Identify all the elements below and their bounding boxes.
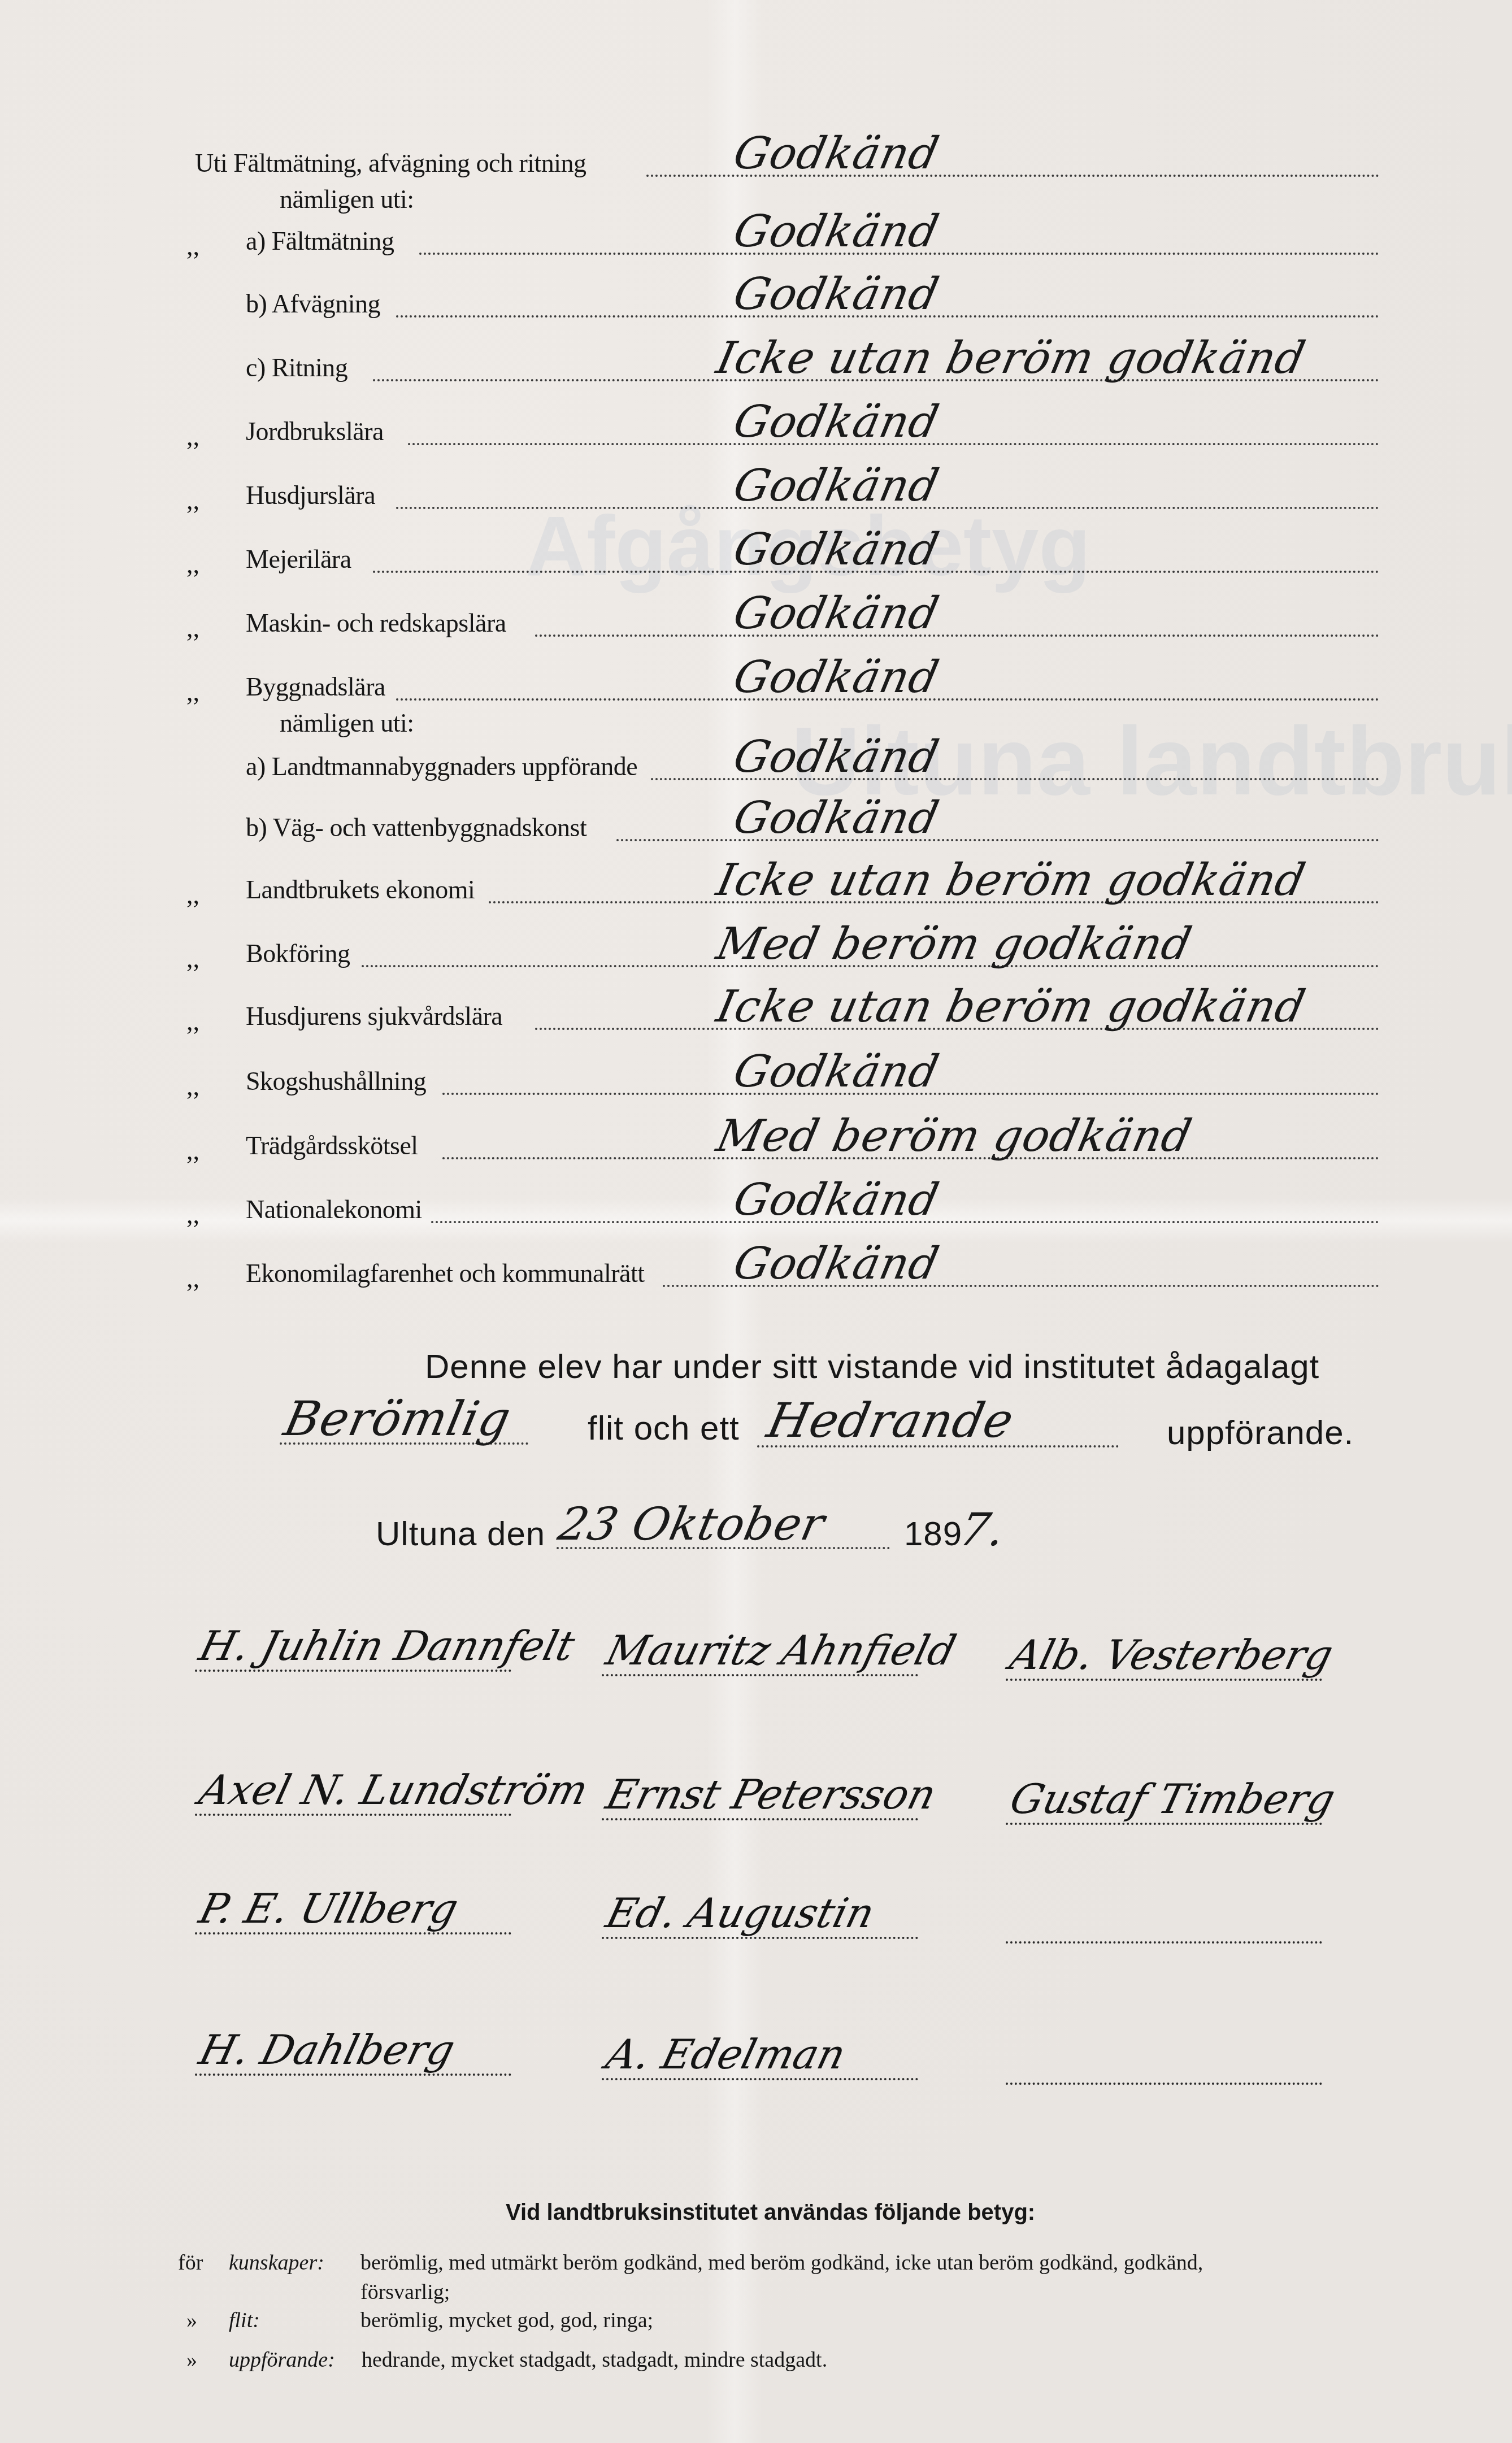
signature-line — [1006, 1679, 1322, 1681]
ditto-mark: ,, — [186, 1199, 199, 1229]
grade-value[interactable]: Godkänd — [729, 793, 943, 844]
subject-label: nämligen uti: — [280, 186, 414, 212]
grade-value[interactable]: Godkänd — [729, 1175, 943, 1225]
legend-prefix: för — [178, 2250, 203, 2275]
signature: H. Juhlin Dannfelt — [195, 1622, 580, 1670]
subject-label: Nationalekonomi — [246, 1197, 422, 1223]
grade-value[interactable]: Icke utan beröm godkänd — [712, 981, 1310, 1032]
signature-line — [602, 2078, 918, 2080]
subject-label: Byggnadslära — [246, 674, 385, 700]
legend-prefix: » — [186, 2348, 197, 2372]
signature: Axel N. Lundström — [195, 1766, 593, 1814]
grade-value[interactable]: Med beröm godkänd — [712, 1111, 1196, 1162]
conduct-sentence: Denne elev har under sitt vistande vid i… — [425, 1347, 1319, 1386]
ditto-mark: ,, — [186, 485, 199, 515]
subject-label: Maskin- och redskapslära — [246, 610, 506, 636]
date-year-printed: 189 — [904, 1514, 962, 1553]
subject-label: Husdjurslära — [246, 482, 375, 508]
signature: Ed. Augustin — [602, 1889, 879, 1937]
signature-line — [602, 1674, 918, 1676]
grade-value[interactable]: Godkänd — [729, 206, 943, 257]
ditto-mark: ,, — [186, 677, 199, 707]
subject-label: a) Fältmätning — [246, 228, 394, 254]
signature-line — [195, 1814, 511, 1816]
grade-value[interactable]: Godkänd — [729, 1238, 943, 1289]
grade-value[interactable]: Godkänd — [729, 128, 943, 179]
grade-value[interactable]: Icke utan beröm godkänd — [712, 333, 1310, 384]
ditto-mark: ,, — [186, 231, 199, 261]
ditto-mark: ,, — [186, 880, 199, 910]
grade-value[interactable]: Godkänd — [729, 1046, 943, 1097]
signature-line — [1006, 1941, 1322, 1944]
legend-key: uppförande: — [229, 2348, 335, 2372]
subject-label: Bokföring — [246, 941, 350, 967]
signature-line — [195, 1670, 511, 1672]
subject-label: Mejerilära — [246, 546, 351, 572]
signature: P. E. Ullberg — [195, 1885, 463, 1932]
subject-label: Ekonomilagfarenhet och kommunalrätt — [246, 1260, 645, 1286]
grade-value[interactable]: Godkänd — [729, 460, 943, 511]
ditto-mark: ,, — [186, 421, 199, 451]
diligence-value[interactable]: Berömlig — [280, 1391, 516, 1446]
grade-value[interactable]: Godkänd — [729, 397, 943, 447]
subject-label: nämligen uti: — [280, 710, 414, 736]
grade-value[interactable]: Godkänd — [729, 269, 943, 320]
date-year-handwritten[interactable]: 7. — [955, 1503, 1010, 1556]
signature: H. Dahlberg — [195, 2026, 460, 2073]
signature: Gustaf Timberg — [1006, 1775, 1340, 1823]
signature: Alb. Vesterberg — [1006, 1631, 1338, 1679]
signature-line — [1006, 1823, 1322, 1825]
ditto-mark: ,, — [186, 1071, 199, 1101]
date-day-month[interactable]: 23 Oktober — [554, 1498, 829, 1550]
legend-title: Vid landtbruksinstitutet användas följan… — [506, 2200, 1035, 2225]
conduct-value[interactable]: Hedrande — [763, 1393, 1019, 1448]
ditto-mark: ,, — [186, 1006, 199, 1036]
subject-label: b) Väg- och vattenbyggnadskonst — [246, 815, 586, 841]
grade-field-line — [535, 634, 1379, 637]
subject-label: b) Afvägning — [246, 291, 380, 317]
subject-label: Jordbrukslära — [246, 419, 384, 445]
signature-line — [602, 1937, 918, 1939]
grade-value[interactable]: Godkänd — [729, 652, 943, 703]
legend-key: kunskaper: — [229, 2250, 324, 2275]
signature-line — [602, 1818, 918, 1820]
legend-text: hedrande, mycket stadgadt, stadgadt, min… — [362, 2348, 827, 2372]
ditto-mark: ,, — [186, 613, 199, 643]
grade-value[interactable]: Godkänd — [729, 524, 943, 575]
subject-label: Skogshushållning — [246, 1068, 426, 1094]
diligence-suffix: flit och ett — [588, 1409, 740, 1447]
legend-text: berömlig, mycket god, god, ringa; — [360, 2308, 653, 2333]
signature: Ernst Petersson — [602, 1771, 941, 1818]
subject-label: Husdjurens sjukvårdslära — [246, 1003, 502, 1029]
signature-line — [195, 1932, 511, 1935]
grade-value[interactable]: Med beröm godkänd — [712, 919, 1196, 970]
signature-line — [195, 2073, 511, 2076]
ditto-mark: ,, — [186, 944, 199, 973]
subject-label: Uti Fältmätning, afvägning och ritning — [195, 150, 586, 176]
subject-label: Landtbrukets ekonomi — [246, 877, 475, 903]
ditto-mark: ,, — [186, 1263, 199, 1293]
subject-label: a) Landtmannabyggnaders uppförande — [246, 754, 637, 780]
ditto-mark: ,, — [186, 1136, 199, 1166]
signature: Mauritz Ahnfield — [602, 1627, 961, 1674]
subject-label: c) Ritning — [246, 355, 347, 381]
date-place: Ultuna den — [376, 1514, 545, 1553]
signature: A. Edelman — [602, 2031, 851, 2078]
grade-value[interactable]: Icke utan beröm godkänd — [712, 855, 1310, 906]
legend-key: flit: — [229, 2308, 260, 2333]
legend-text: berömlig, med utmärkt beröm godkänd, med… — [360, 2250, 1203, 2275]
subject-label: Trädgårdsskötsel — [246, 1133, 418, 1159]
grade-value[interactable]: Godkänd — [729, 732, 943, 783]
grade-value[interactable]: Godkänd — [729, 588, 943, 639]
legend-prefix: » — [186, 2308, 197, 2333]
ditto-mark: ,, — [186, 549, 199, 579]
signature-line — [1006, 2083, 1322, 2085]
legend-text-cont: försvarlig; — [360, 2280, 450, 2305]
conduct-suffix: uppförande. — [1167, 1413, 1354, 1452]
